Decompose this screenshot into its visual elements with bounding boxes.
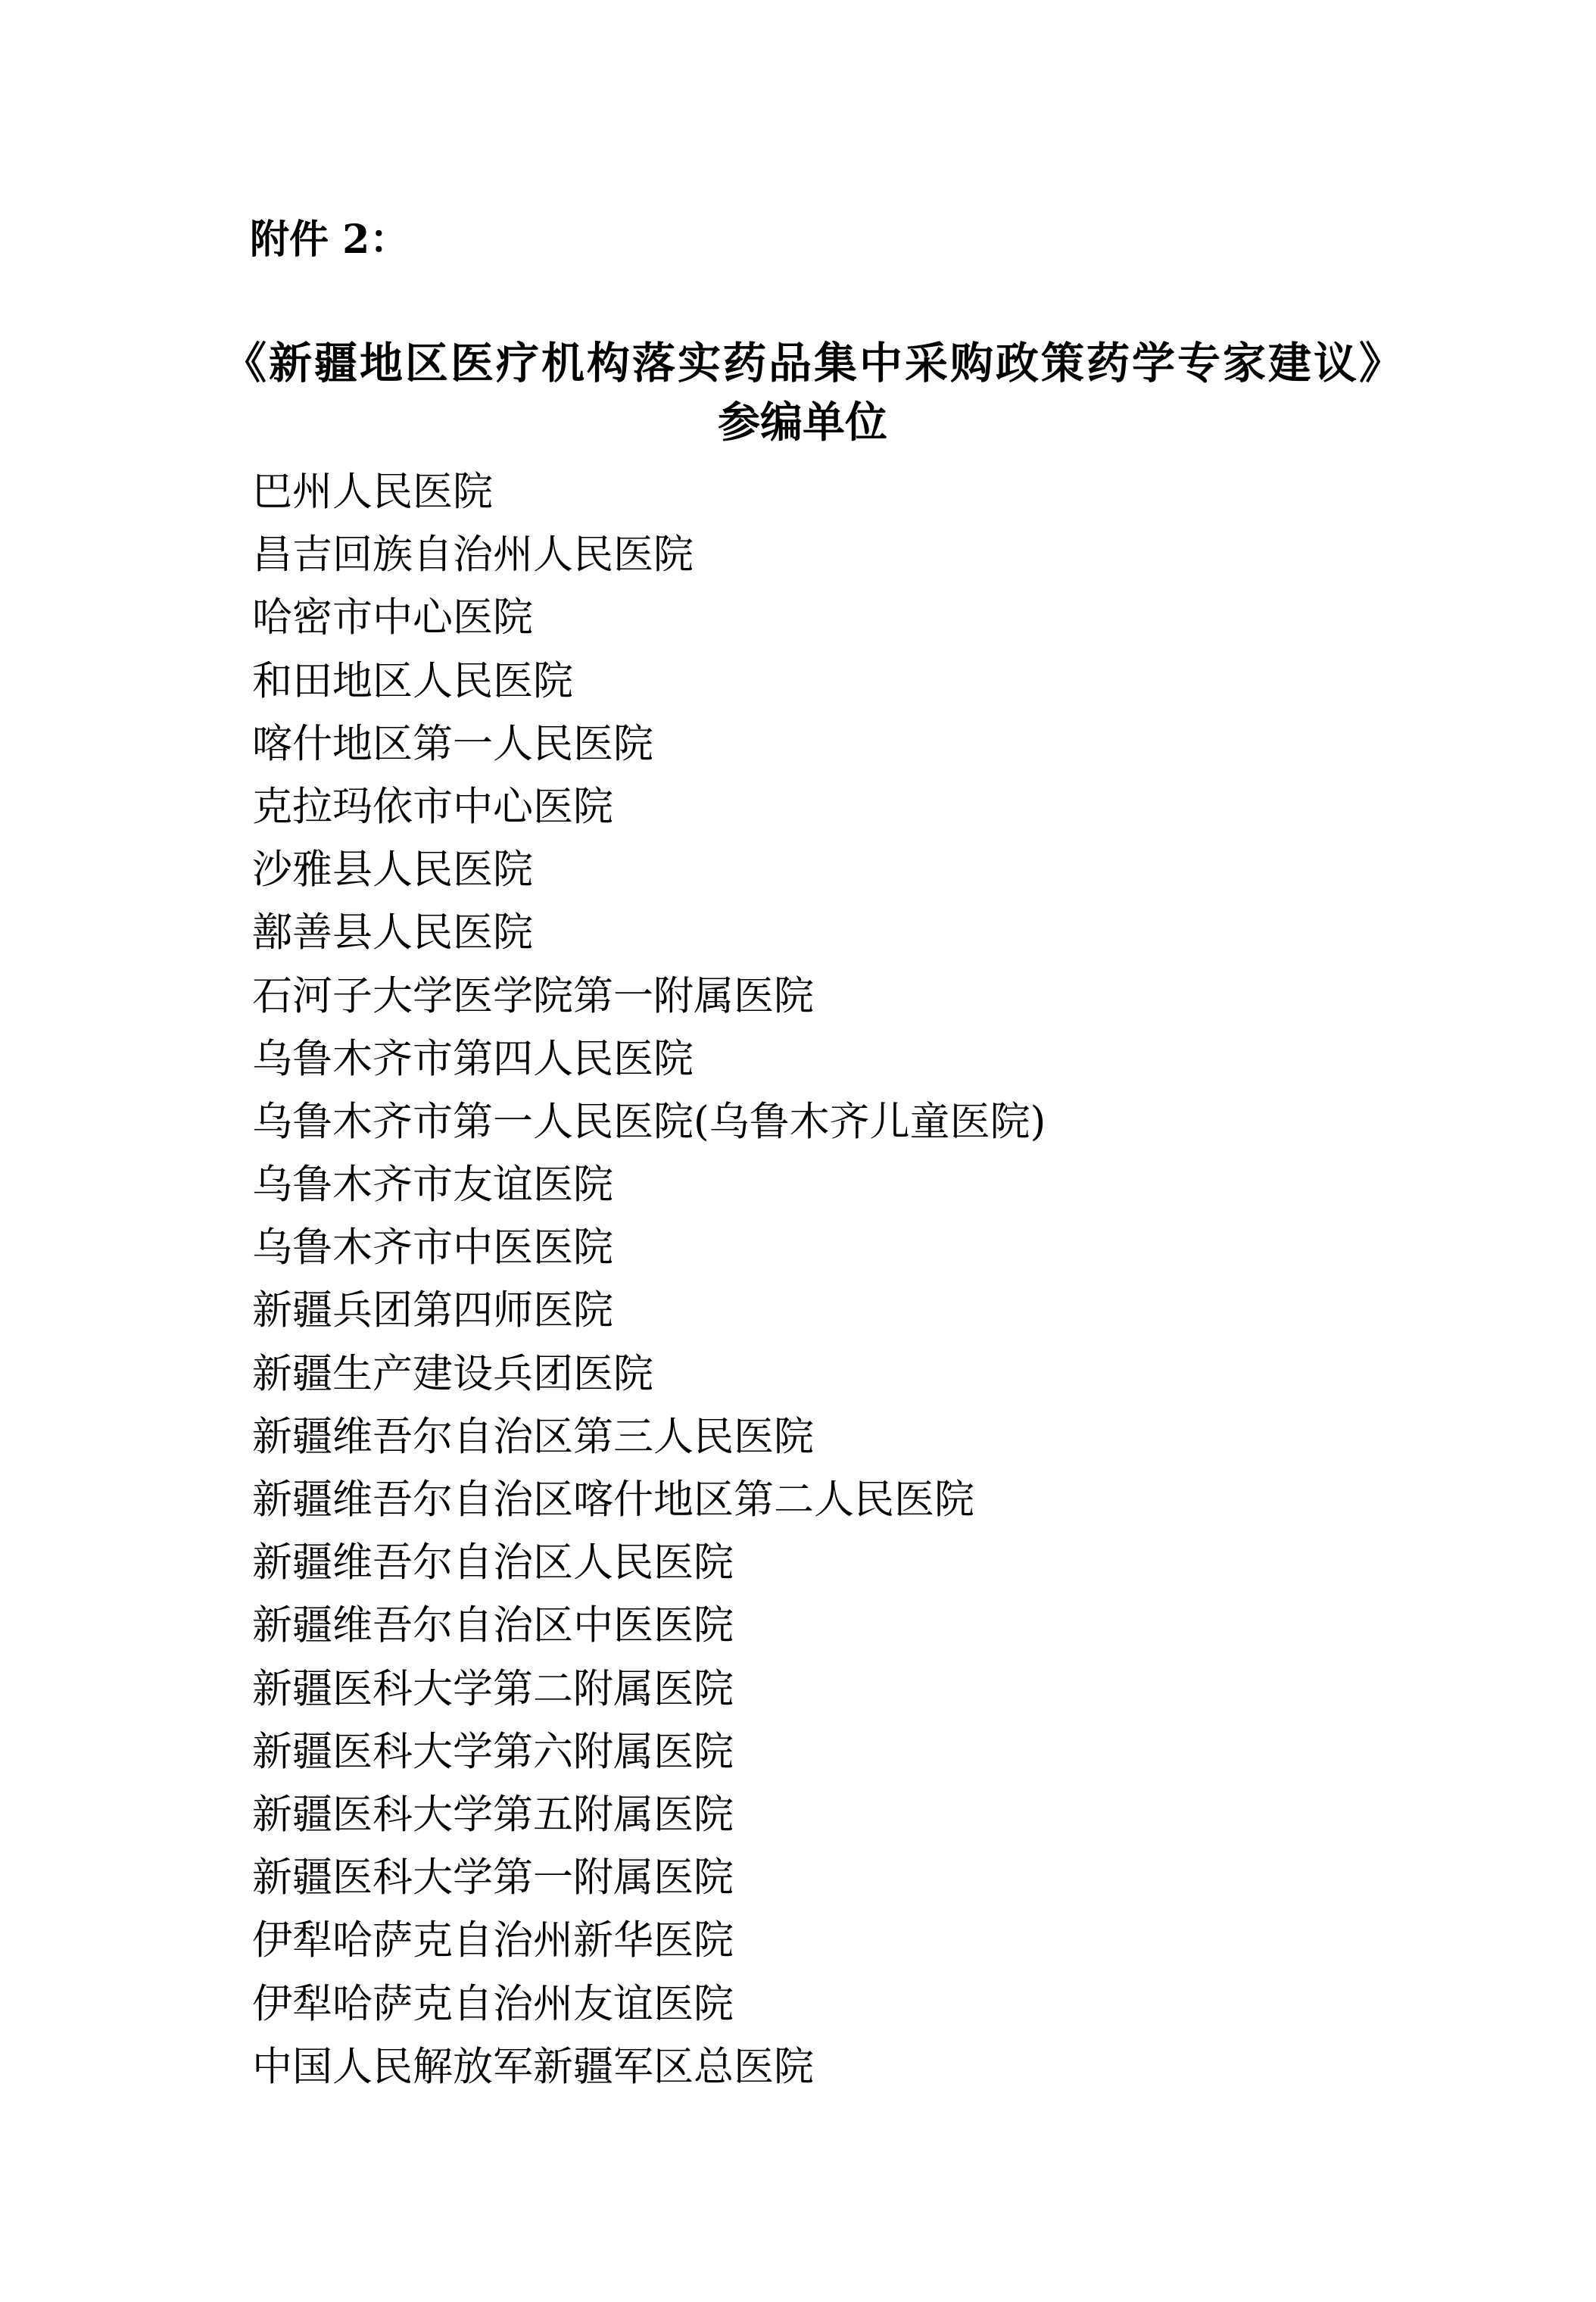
unit-item: 伊犁哈萨克自治州友谊医院 <box>252 1973 1046 2035</box>
document-subtitle: 参编单位 <box>0 394 1596 451</box>
unit-item: 石河子大学医学院第一附属医院 <box>252 965 1046 1028</box>
unit-item: 昌吉回族自治州人民医院 <box>252 523 1046 586</box>
unit-item: 克拉玛依市中心医院 <box>252 775 1046 838</box>
unit-item: 乌鲁木齐市中医医院 <box>252 1216 1046 1279</box>
unit-item: 新疆医科大学第六附属医院 <box>252 1720 1046 1783</box>
unit-item: 伊犁哈萨克自治州新华医院 <box>252 1909 1046 1972</box>
unit-item: 新疆医科大学第一附属医院 <box>252 1846 1046 1909</box>
unit-item: 新疆维吾尔自治区中医医院 <box>252 1594 1046 1657</box>
unit-item: 哈密市中心医院 <box>252 586 1046 649</box>
document-page: 附件 2： 《新疆地区医疗机构落实药品集中采购政策药学专家建议》 参编单位 巴州… <box>0 0 1596 2302</box>
unit-item: 新疆维吾尔自治区第三人民医院 <box>252 1405 1046 1468</box>
unit-item: 新疆生产建设兵团医院 <box>252 1343 1046 1405</box>
unit-item: 新疆维吾尔自治区喀什地区第二人民医院 <box>252 1468 1046 1531</box>
unit-item: 乌鲁木齐市第四人民医院 <box>252 1028 1046 1090</box>
unit-item: 巴州人民医院 <box>252 460 1046 523</box>
unit-item: 喀什地区第一人民医院 <box>252 713 1046 775</box>
unit-item: 和田地区人民医院 <box>252 650 1046 713</box>
unit-item: 沙雅县人民医院 <box>252 838 1046 901</box>
unit-item: 乌鲁木齐市第一人民医院(乌鲁木齐儿童医院) <box>252 1090 1046 1153</box>
document-title: 《新疆地区医疗机构落实药品集中采购政策药学专家建议》 <box>0 335 1596 392</box>
unit-item: 新疆兵团第四师医院 <box>252 1279 1046 1342</box>
participating-units-list: 巴州人民医院 昌吉回族自治州人民医院 哈密市中心医院 和田地区人民医院 喀什地区… <box>252 460 1046 2098</box>
unit-item: 新疆医科大学第二附属医院 <box>252 1658 1046 1720</box>
unit-item: 乌鲁木齐市友谊医院 <box>252 1153 1046 1216</box>
attachment-label: 附件 2： <box>250 215 409 265</box>
unit-item: 新疆医科大学第五附属医院 <box>252 1783 1046 1846</box>
unit-item: 中国人民解放军新疆军区总医院 <box>252 2035 1046 2098</box>
unit-item: 新疆维吾尔自治区人民医院 <box>252 1531 1046 1594</box>
unit-item: 鄯善县人民医院 <box>252 901 1046 964</box>
